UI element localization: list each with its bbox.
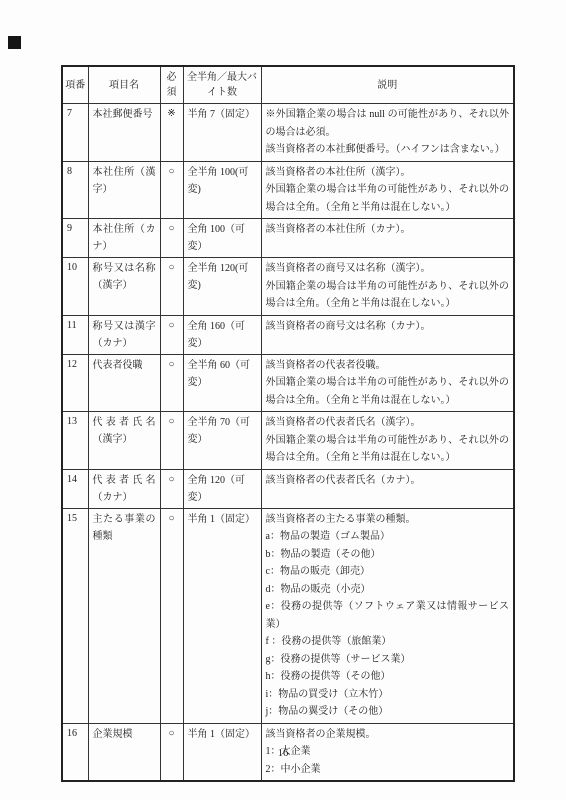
- required-mark-cell: ○: [160, 315, 183, 354]
- corner-mark-icon: [8, 36, 21, 49]
- description-line: 該当資格者の企業規模。: [266, 726, 510, 744]
- required-mark-cell: ○: [160, 508, 183, 723]
- description-line: b：物品の製造（その他）: [266, 546, 510, 564]
- description-line: 該当資格者の本社住所（カナ）。: [266, 221, 510, 239]
- table-row: 8 本社住所（漢字） ○ 全半角 100(可変) 該当資格者の本社住所（漢字）。…: [62, 161, 514, 219]
- required-mark-cell: ○: [160, 354, 183, 412]
- table-row: 11 称号又は漢字（カナ） ○ 全角 160（可変） 該当資格者の商号文は名称（…: [62, 315, 514, 354]
- description-line: e：役務の提供等（ソフトウェア業又は情報サービス業）: [266, 598, 510, 633]
- description-line: ※外国籍企業の場合は null の可能性があり、それ以外の場合は必須。: [266, 106, 510, 141]
- description-line: 外国籍企業の場合は半角の可能性があり、それ以外の場合は全角。（全角と半角は混在し…: [266, 278, 510, 313]
- byte-length-cell: 全角 100（可変）: [183, 219, 261, 258]
- description-cell: 該当資格者の商号又は名称（漢字）。外国籍企業の場合は半角の可能性があり、それ以外…: [261, 258, 514, 316]
- description-cell: 該当資格者の本社住所（カナ）。: [261, 219, 514, 258]
- item-name-cell: 代表者氏名（カナ）: [88, 469, 160, 508]
- item-name-cell: 本社住所（カナ）: [88, 219, 160, 258]
- table-row: 13 代表者氏名（漢字） ○ 全半角 70（可変） 該当資格者の代表者氏名（漢字…: [62, 412, 514, 470]
- header-item-number: 項番: [62, 66, 88, 104]
- description-line: j：物品の翼受け（その他）: [266, 703, 510, 721]
- description-line: 該当資格者の代表者氏名（カナ）。: [266, 472, 510, 490]
- description-line: 該当資格者の本社住所（漢字）。: [266, 164, 510, 182]
- description-line: h：役務の提供等（その他）: [266, 668, 510, 686]
- byte-length-cell: 半角 1（固定）: [183, 508, 261, 723]
- byte-length-cell: 半角 7（固定）: [183, 104, 261, 162]
- byte-length-cell: 全半角 70（可変）: [183, 412, 261, 470]
- description-line: a：物品の製造（ゴム製品）: [266, 528, 510, 546]
- required-mark-cell: ○: [160, 412, 183, 470]
- description-cell: 該当資格者の商号文は名称（カナ）。: [261, 315, 514, 354]
- byte-length-cell: 全半角 60（可変）: [183, 354, 261, 412]
- description-line: i：物品の買受け（立木竹）: [266, 686, 510, 704]
- description-cell: 該当資格者の代表者氏名（カナ）。: [261, 469, 514, 508]
- byte-length-cell: 全角 120（可変）: [183, 469, 261, 508]
- header-byte-length: 全半角／最大バイト数: [183, 66, 261, 104]
- item-number-cell: 11: [62, 315, 88, 354]
- description-line: 該当資格者の主たる事業の種類。: [266, 511, 510, 529]
- description-line: c：物品の販売（卸売）: [266, 563, 510, 581]
- header-item-name: 項目名: [88, 66, 160, 104]
- item-number-cell: 7: [62, 104, 88, 162]
- description-cell: 該当資格者の代表者氏名（漢字）。外国籍企業の場合は半角の可能性があり、それ以外の…: [261, 412, 514, 470]
- item-name-cell: 主たる事業の種類: [88, 508, 160, 723]
- item-number-cell: 12: [62, 354, 88, 412]
- item-number-cell: 15: [62, 508, 88, 723]
- description-line: 該当資格者の代表者役職。: [266, 357, 510, 375]
- required-mark-cell: ○: [160, 469, 183, 508]
- table-row: 14 代表者氏名（カナ） ○ 全角 120（可変） 該当資格者の代表者氏名（カナ…: [62, 469, 514, 508]
- item-name-cell: 称号又は漢字（カナ）: [88, 315, 160, 354]
- required-mark-cell: ○: [160, 219, 183, 258]
- table-row: 12 代表者役職 ○ 全半角 60（可変） 該当資格者の代表者役職。外国籍企業の…: [62, 354, 514, 412]
- item-number-cell: 10: [62, 258, 88, 316]
- description-line: 外国籍企業の場合は半角の可能性があり、それ以外の場合は全角。（全角と半角は混在し…: [266, 432, 510, 467]
- table-row: 10 称号又は名称（漢字） ○ 全半角 120(可変) 該当資格者の商号又は名称…: [62, 258, 514, 316]
- byte-length-cell: 全角 160（可変）: [183, 315, 261, 354]
- required-mark-cell: ※: [160, 104, 183, 162]
- spec-table-body: 7 本社郵便番号 ※ 半角 7（固定） ※外国籍企業の場合は null の可能性…: [62, 104, 514, 782]
- header-required: 必須: [160, 66, 183, 104]
- description-line: 該当資格者の商号文は名称（カナ）。: [266, 318, 510, 336]
- description-line: 該当資格者の商号又は名称（漢字）。: [266, 260, 510, 278]
- item-number-cell: 13: [62, 412, 88, 470]
- byte-length-cell: 全半角 120(可変): [183, 258, 261, 316]
- item-name-cell: 代表者役職: [88, 354, 160, 412]
- item-name-cell: 本社郵便番号: [88, 104, 160, 162]
- required-mark-cell: ○: [160, 161, 183, 219]
- byte-length-cell: 全半角 100(可変): [183, 161, 261, 219]
- page-number: 16: [0, 748, 566, 759]
- description-cell: 該当資格者の主たる事業の種類。a：物品の製造（ゴム製品）b：物品の製造（その他）…: [261, 508, 514, 723]
- item-name-cell: 称号又は名称（漢字）: [88, 258, 160, 316]
- description-line: 外国籍企業の場合は半角の可能性があり、それ以外の場合は全角。（全角と半角は混在し…: [266, 374, 510, 409]
- description-line: 該当資格者の代表者氏名（漢字）。: [266, 414, 510, 432]
- description-cell: 該当資格者の本社住所（漢字）。外国籍企業の場合は半角の可能性があり、それ以外の場…: [261, 161, 514, 219]
- description-line: d：物品の販売（小売）: [266, 581, 510, 599]
- field-spec-table: 項番 項目名 必須 全半角／最大バイト数 説明 7 本社郵便番号 ※ 半角 7（…: [61, 65, 515, 782]
- item-number-cell: 9: [62, 219, 88, 258]
- description-cell: ※外国籍企業の場合は null の可能性があり、それ以外の場合は必須。該当資格者…: [261, 104, 514, 162]
- table-row: 9 本社住所（カナ） ○ 全角 100（可変） 該当資格者の本社住所（カナ）。: [62, 219, 514, 258]
- description-line: g：役務の提供等（サービス業）: [266, 651, 510, 669]
- item-name-cell: 代表者氏名（漢字）: [88, 412, 160, 470]
- header-description: 説明: [261, 66, 514, 104]
- required-mark-cell: ○: [160, 258, 183, 316]
- item-number-cell: 8: [62, 161, 88, 219]
- item-number-cell: 14: [62, 469, 88, 508]
- description-line: f ：役務の提供等（旅館業）: [266, 633, 510, 651]
- table-header-row: 項番 項目名 必須 全半角／最大バイト数 説明: [62, 66, 514, 104]
- description-line: 2：中小企業: [266, 761, 510, 779]
- description-line: 外国籍企業の場合は半角の可能性があり、それ以外の場合は全角。（全角と半角は混在し…: [266, 181, 510, 216]
- table-row: 15 主たる事業の種類 ○ 半角 1（固定） 該当資格者の主たる事業の種類。a：…: [62, 508, 514, 723]
- description-line: 該当資格者の本社郵便番号。（ハイフンは含まない。）: [266, 141, 510, 159]
- table-row: 7 本社郵便番号 ※ 半角 7（固定） ※外国籍企業の場合は null の可能性…: [62, 104, 514, 162]
- item-name-cell: 本社住所（漢字）: [88, 161, 160, 219]
- description-cell: 該当資格者の代表者役職。外国籍企業の場合は半角の可能性があり、それ以外の場合は全…: [261, 354, 514, 412]
